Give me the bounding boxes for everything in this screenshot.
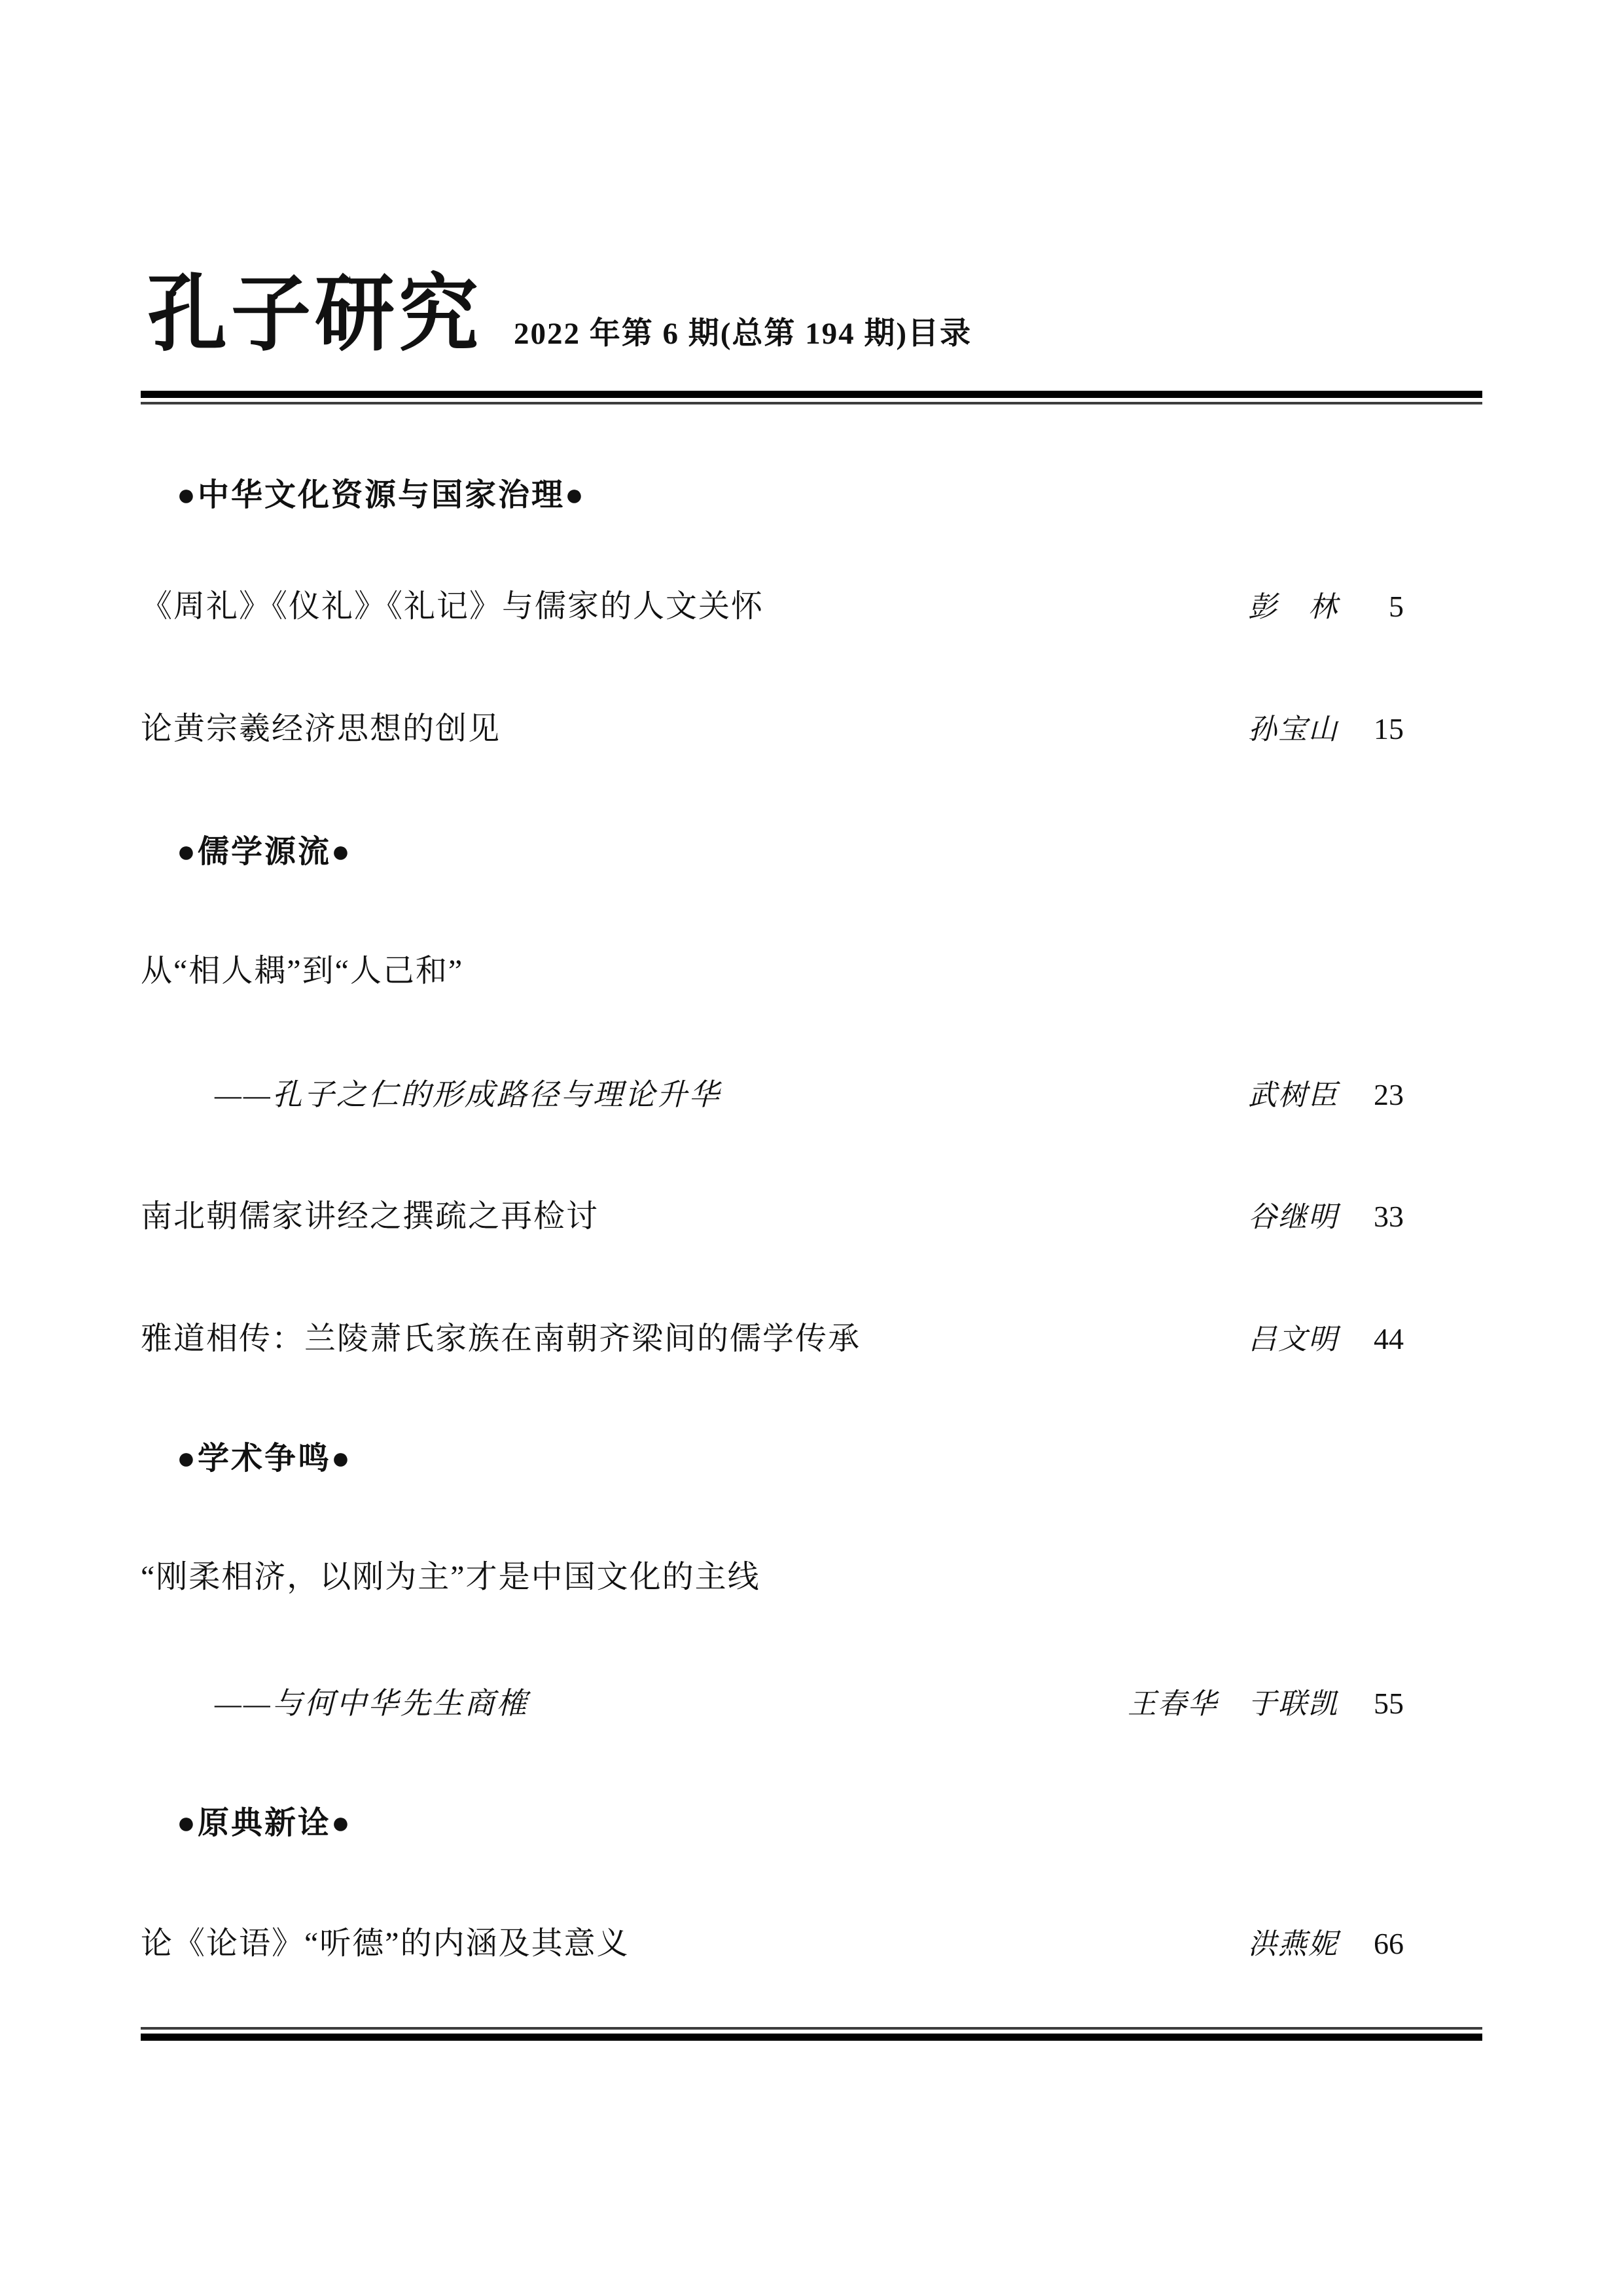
article-page-number: 5: [1338, 592, 1404, 622]
toc-entry-subtitle: ——与何中华先生商榷 王春华 于联凯 55: [141, 1689, 1482, 1719]
section-heading: ●原典新诠●: [177, 1808, 352, 1839]
toc-entry: “刚柔相济，以刚为主”才是中国文化的主线: [141, 1562, 1482, 1593]
article-authors: 王春华 于联凯: [1128, 1690, 1338, 1719]
toc-entry: 论《论语》“听德”的内涵及其意义 洪燕妮 66: [141, 1928, 1482, 1960]
section-heading: ●学术争鸣●: [177, 1443, 352, 1475]
article-title: 论《论语》“听德”的内涵及其意义: [141, 1928, 630, 1960]
journal-toc-page: 孔子研究 2022 年第 6 期(总第 194 期)目录 ●中华文化资源与国家治…: [0, 0, 1623, 2296]
journal-logo: 孔子研究: [147, 267, 482, 359]
article-subtitle: ——孔子之仁的形成路径与理论升华: [141, 1080, 721, 1110]
entry-right-column: 武树臣 23: [1248, 1080, 1404, 1110]
issue-line: 2022 年第 6 期(总第 194 期)目录: [514, 309, 972, 359]
article-page-number: 23: [1338, 1080, 1404, 1110]
article-title: 《周礼》《仪礼》《礼记》与儒家的人文关怀: [141, 591, 764, 622]
entry-right-column: 吕文明 44: [1248, 1324, 1404, 1354]
footer-divider: [141, 2027, 1482, 2041]
entry-right-column: 谷继明 33: [1248, 1202, 1404, 1232]
toc-entry: 《周礼》《仪礼》《礼记》与儒家的人文关怀 彭 林 5: [141, 591, 1482, 622]
entry-right-column: 王春华 于联凯 55: [1128, 1689, 1404, 1719]
toc-entry: 从“相人耦”到“人己和”: [141, 956, 1482, 987]
article-page-number: 44: [1338, 1324, 1404, 1354]
entry-right-column: 彭 林 5: [1248, 592, 1404, 622]
article-page-number: 66: [1338, 1929, 1404, 1959]
divider-thick-bar: [141, 2034, 1482, 2041]
article-authors: 谷继明: [1248, 1203, 1338, 1232]
article-title: “刚柔相济，以刚为主”才是中国文化的主线: [141, 1562, 760, 1593]
article-title: 雅道相传：兰陵萧氏家族在南朝齐梁间的儒学传承: [141, 1323, 861, 1355]
divider-thick-bar: [141, 391, 1482, 398]
article-title: 从“相人耦”到“人己和”: [141, 956, 463, 987]
section-heading: ●儒学源流●: [177, 836, 352, 868]
entry-right-column: 洪燕妮 66: [1248, 1929, 1404, 1959]
article-page-number: 55: [1338, 1689, 1404, 1719]
article-page-number: 33: [1338, 1202, 1404, 1232]
divider-thin-bar: [141, 402, 1482, 404]
article-authors: 彭 林: [1248, 593, 1338, 622]
toc-entry: 雅道相传：兰陵萧氏家族在南朝齐梁间的儒学传承 吕文明 44: [141, 1323, 1482, 1355]
toc-entry: 论黄宗羲经济思想的创见 孙宝山 15: [141, 713, 1482, 745]
article-authors: 武树臣: [1248, 1081, 1338, 1110]
article-subtitle: ——与何中华先生商榷: [141, 1689, 529, 1719]
entry-right-column: 孙宝山 15: [1248, 714, 1404, 744]
article-page-number: 15: [1338, 714, 1404, 744]
article-authors: 吕文明: [1248, 1325, 1338, 1354]
article-authors: 洪燕妮: [1248, 1930, 1338, 1959]
article-title: 南北朝儒家讲经之撰疏之再检讨: [141, 1201, 599, 1232]
header-divider: [141, 391, 1482, 404]
section-heading: ●中华文化资源与国家治理●: [177, 480, 586, 511]
masthead: 孔子研究 2022 年第 6 期(总第 194 期)目录: [147, 272, 972, 359]
toc-entry-subtitle: ——孔子之仁的形成路径与理论升华 武树臣 23: [141, 1080, 1482, 1110]
toc-entry: 南北朝儒家讲经之撰疏之再检讨 谷继明 33: [141, 1201, 1482, 1232]
article-authors: 孙宝山: [1248, 715, 1338, 744]
article-title: 论黄宗羲经济思想的创见: [141, 713, 501, 745]
